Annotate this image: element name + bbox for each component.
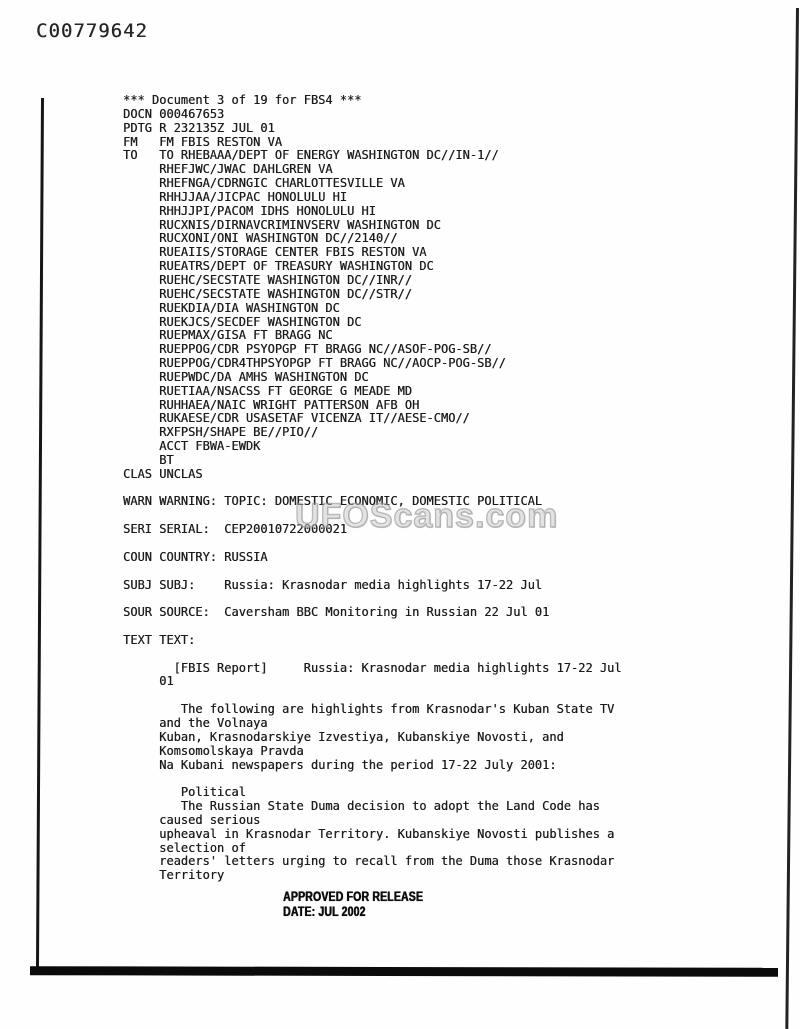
stamp-approved-line: APPROVED FOR RELEASE — [283, 890, 423, 905]
scanned-document-page: C00779642 *** Document 3 of 19 for FBS4 … — [0, 0, 800, 1029]
scan-border-right — [785, 8, 799, 1029]
approval-stamp: APPROVED FOR RELEASE DATE: JUL 2002 — [283, 890, 423, 919]
scan-border-bottom — [30, 966, 778, 977]
document-text: *** Document 3 of 19 for FBS4 *** DOCN 0… — [123, 94, 622, 883]
scan-border-left — [36, 98, 44, 970]
stamp-date-line: DATE: JUL 2002 — [283, 905, 423, 920]
document-id: C00779642 — [36, 20, 148, 42]
